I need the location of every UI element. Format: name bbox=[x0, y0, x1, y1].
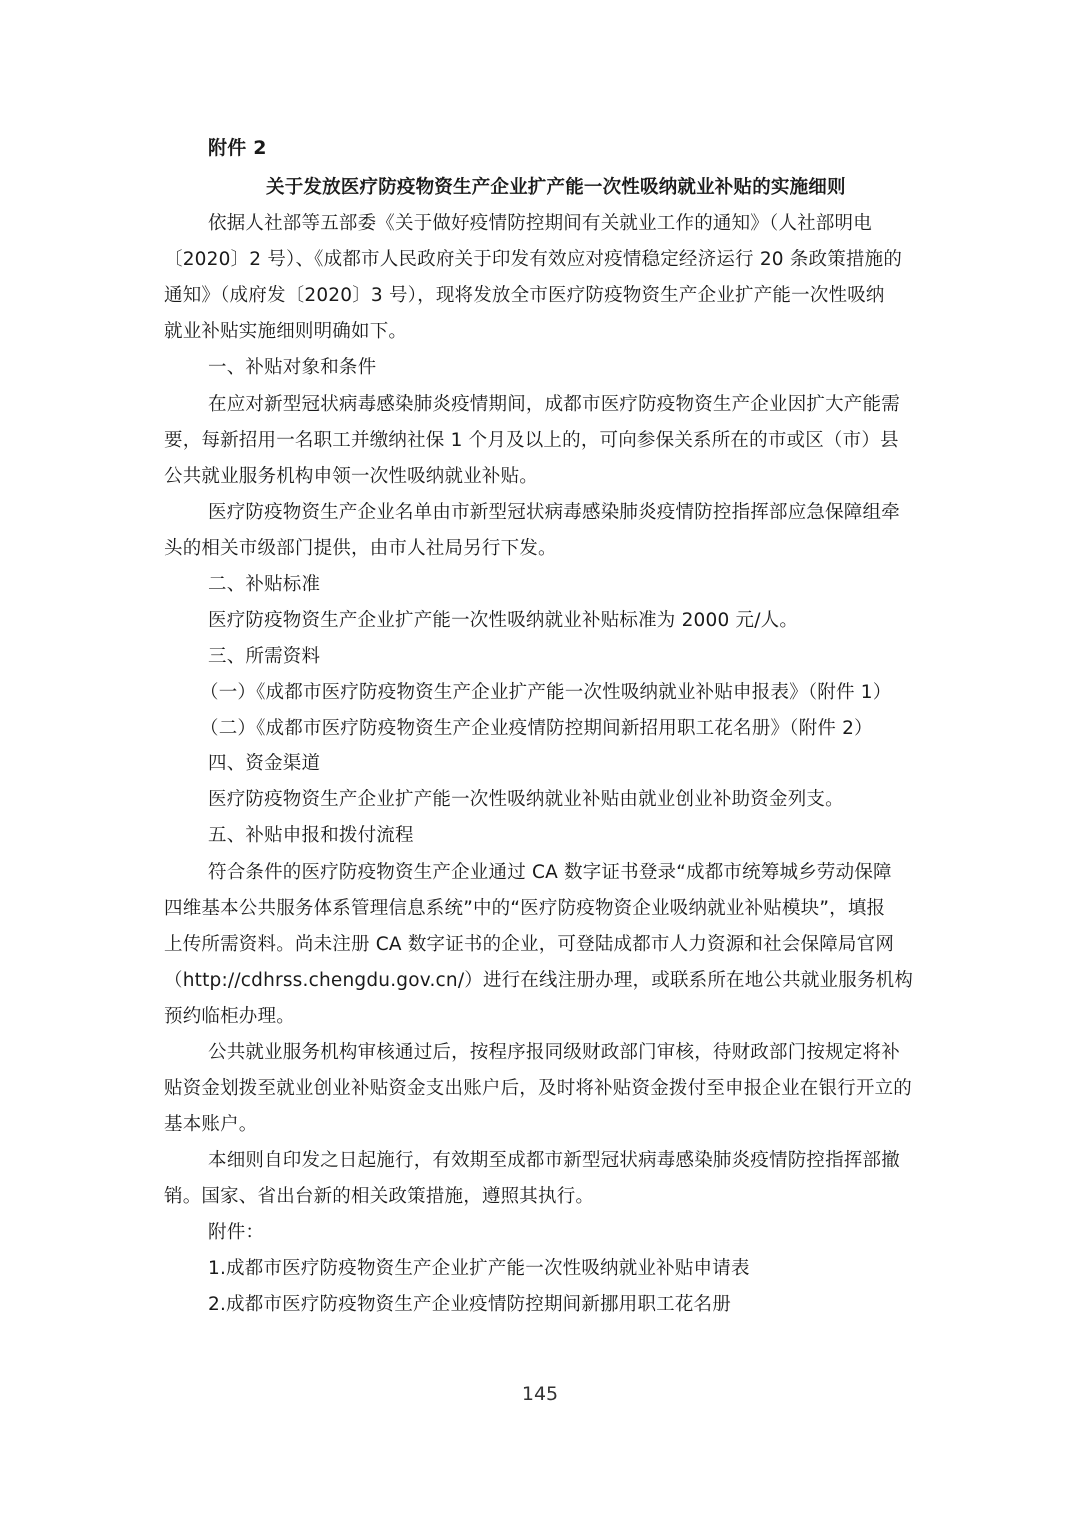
attachments-label: 附件： bbox=[208, 1215, 964, 1251]
intro-line: 依据人社部等五部委《关于做好疫情防控期间有关就业工作的通知》（人社部明电 bbox=[208, 206, 920, 242]
paragraph-line: 要，每新招用一名职工并缴纳社保 1 个月及以上的，可向参保关系所在的市或区（市）… bbox=[164, 423, 920, 459]
paragraph-line: 上传所需资料。尚未注册 CA 数字证书的企业，可登陆成都市人力资源和社会保障局官… bbox=[164, 927, 920, 963]
document-page: 附件 2 关于发放医疗防疫物资生产企业扩产能一次性吸纳就业补贴的实施细则 依据人… bbox=[0, 0, 1080, 1527]
paragraph-line: 四维基本公共服务体系管理信息系统”中的“医疗防疫物资企业吸纳就业补贴模块”，填报 bbox=[164, 891, 920, 927]
paragraph-line: 头的相关市级部门提供，由市人社局另行下发。 bbox=[164, 531, 920, 567]
paragraph-line: 在应对新型冠状病毒感染肺炎疫情期间，成都市医疗防疫物资生产企业因扩大产能需 bbox=[208, 387, 920, 423]
section-heading: 三、所需资料 bbox=[208, 639, 964, 675]
paragraph-line: 医疗防疫物资生产企业扩产能一次性吸纳就业补贴标准为 2000 元/人。 bbox=[208, 603, 964, 639]
intro-line: 就业补贴实施细则明确如下。 bbox=[164, 314, 920, 350]
materials-item: （二）《成都市医疗防疫物资生产企业疫情防控期间新招用职工花名册》（附件 2） bbox=[200, 711, 956, 747]
section-heading: 四、资金渠道 bbox=[208, 746, 964, 782]
paragraph-line: 基本账户。 bbox=[164, 1107, 920, 1143]
page-number: 145 bbox=[0, 1383, 1080, 1405]
intro-line: 〔2020〕2 号）、《成都市人民政府关于印发有效应对疫情稳定经济运行 20 条… bbox=[164, 242, 920, 278]
paragraph-line: 贴资金划拨至就业创业补贴资金支出账户后，及时将补贴资金拨付至申报企业在银行开立的 bbox=[164, 1071, 920, 1107]
paragraph-line: 医疗防疫物资生产企业名单由市新型冠状病毒感染肺炎疫情防控指挥部应急保障组牵 bbox=[208, 495, 920, 531]
materials-item: （一）《成都市医疗防疫物资生产企业扩产能一次性吸纳就业补贴申报表》（附件 1） bbox=[200, 675, 956, 711]
section-heading: 一、补贴对象和条件 bbox=[208, 350, 964, 386]
paragraph-line: 公共就业服务机构审核通过后，按程序报同级财政部门审核，待财政部门按规定将补 bbox=[208, 1035, 920, 1071]
annex-label: 附件 2 bbox=[208, 130, 964, 166]
paragraph-line: 公共就业服务机构申领一次性吸纳就业补贴。 bbox=[164, 459, 920, 495]
section-heading: 五、补贴申报和拨付流程 bbox=[208, 818, 964, 854]
document-title: 关于发放医疗防疫物资生产企业扩产能一次性吸纳就业补贴的实施细则 bbox=[266, 170, 1022, 206]
paragraph-line: 医疗防疫物资生产企业扩产能一次性吸纳就业补贴由就业创业补助资金列支。 bbox=[208, 782, 964, 818]
section-heading: 二、补贴标准 bbox=[208, 567, 964, 603]
attachment-item: 1.成都市医疗防疫物资生产企业扩产能一次性吸纳就业补贴申请表 bbox=[208, 1251, 964, 1287]
intro-line: 通知》（成府发〔2020〕3 号），现将发放全市医疗防疫物资生产企业扩产能一次性… bbox=[164, 278, 920, 314]
paragraph-line: 销。国家、省出台新的相关政策措施，遵照其执行。 bbox=[164, 1179, 920, 1215]
attachment-item: 2.成都市医疗防疫物资生产企业疫情防控期间新挪用职工花名册 bbox=[208, 1287, 964, 1323]
paragraph-line: 本细则自印发之日起施行，有效期至成都市新型冠状病毒感染肺炎疫情防控指挥部撤 bbox=[208, 1143, 920, 1179]
paragraph-line: 符合条件的医疗防疫物资生产企业通过 CA 数字证书登录“成都市统筹城乡劳动保障 bbox=[208, 855, 920, 891]
paragraph-line: 预约临柜办理。 bbox=[164, 999, 920, 1035]
paragraph-line: （http://cdhrss.chengdu.gov.cn/）进行在线注册办理，… bbox=[164, 963, 920, 999]
